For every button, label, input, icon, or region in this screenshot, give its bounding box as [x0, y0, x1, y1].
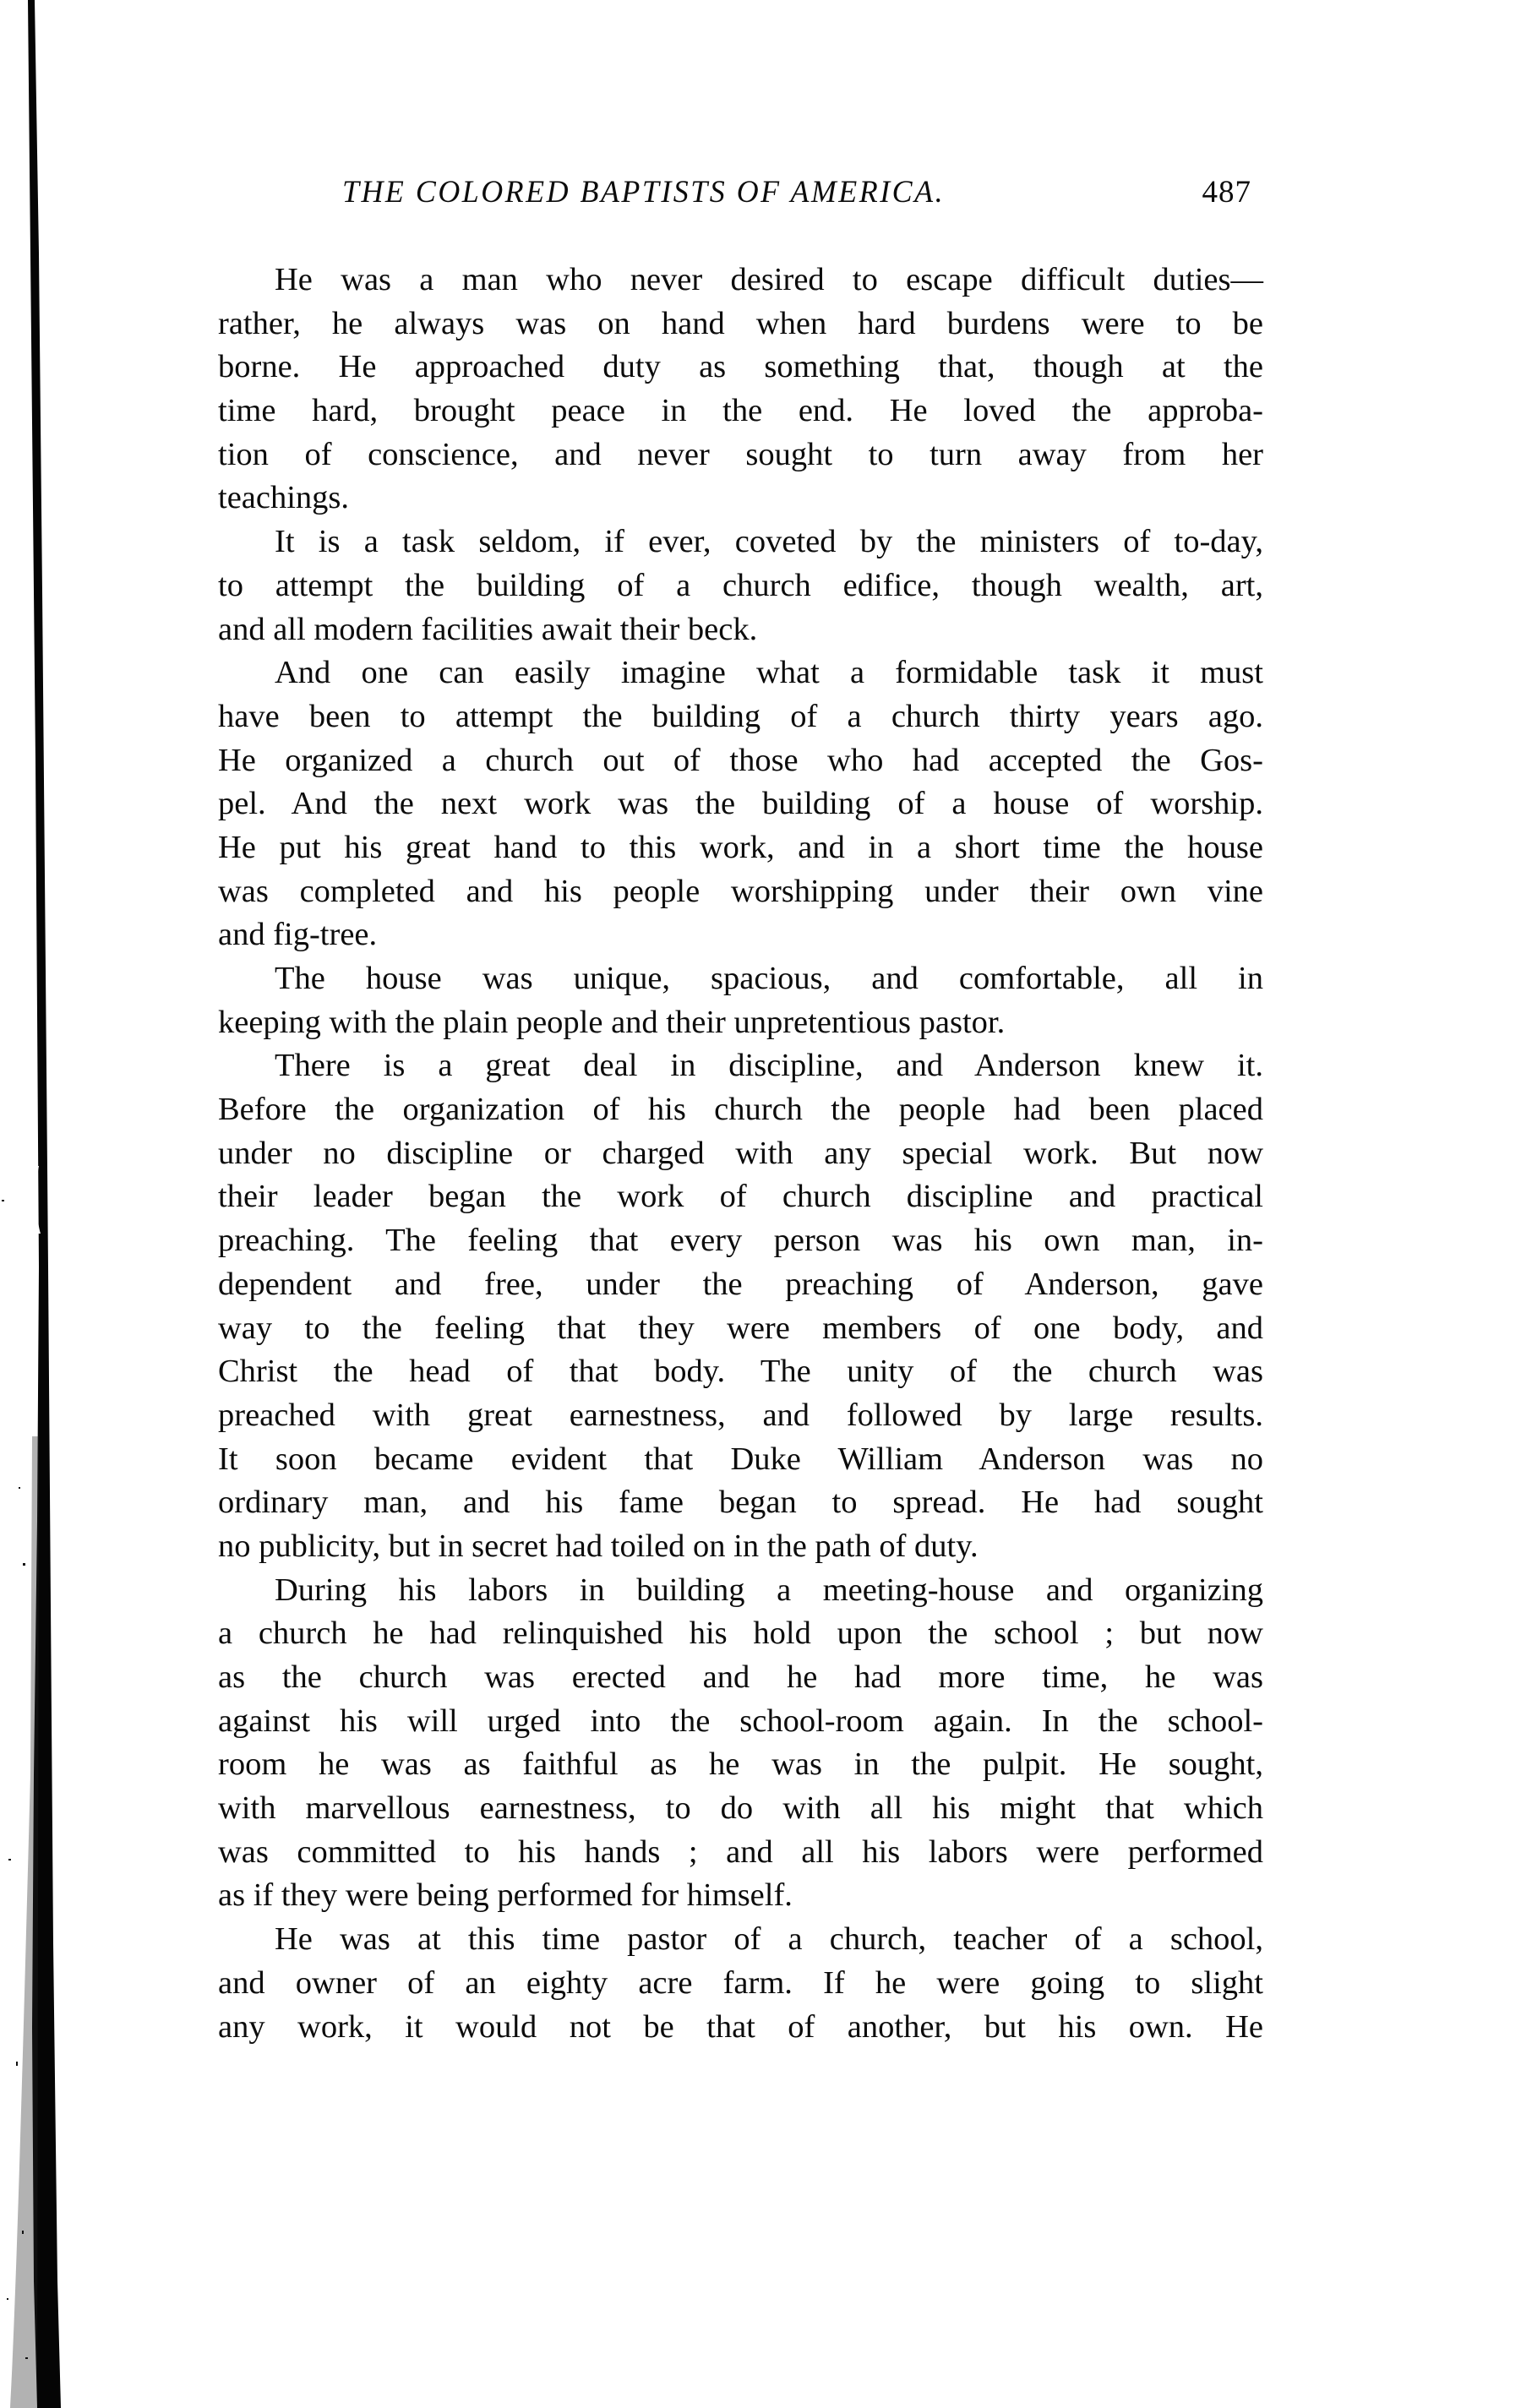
- text-line: as if they were being performed for hims…: [218, 1874, 1263, 1918]
- running-head-title: THE COLORED BAPTISTS OF AMERICA.: [342, 174, 945, 211]
- body-text: He was a man who never desired to escape…: [218, 259, 1263, 2049]
- text-line: Christ the head of that body. The unity …: [218, 1350, 1263, 1394]
- text-line: room he was as faithful as he was in the…: [218, 1743, 1263, 1787]
- text-line: against his will urged into the school-r…: [218, 1700, 1263, 1744]
- text-line: their leader began the work of church di…: [218, 1175, 1263, 1219]
- text-line: under no discipline or charged with any …: [218, 1132, 1263, 1176]
- text-line: any work, it would not be that of anothe…: [218, 2006, 1263, 2050]
- text-line: with marvellous earnestness, to do with …: [218, 1787, 1263, 1831]
- text-line: and owner of an eighty acre farm. If he …: [218, 1962, 1263, 2006]
- text-line: It soon became evident that Duke William…: [218, 1438, 1263, 1482]
- text-line: to attempt the building of a church edif…: [218, 564, 1263, 608]
- text-line: have been to attempt the building of a c…: [218, 695, 1263, 739]
- book-page: THE COLORED BAPTISTS OF AMERICA. 487 He …: [0, 0, 1521, 2408]
- paragraph-first-line: There is a great deal in discipline, and…: [218, 1044, 1263, 1088]
- paragraph-first-line: He was at this time pastor of a church, …: [218, 1918, 1263, 1962]
- text-line: and fig-tree.: [218, 913, 1263, 957]
- text-line: teachings.: [218, 477, 1263, 520]
- paragraph-first-line: The house was unique, spacious, and comf…: [218, 957, 1263, 1001]
- text-line: keeping with the plain people and their …: [218, 1001, 1263, 1045]
- text-line: preached with great earnestness, and fol…: [218, 1394, 1263, 1438]
- text-line: rather, he always was on hand when hard …: [218, 302, 1263, 346]
- text-line: tion of conscience, and never sought to …: [218, 433, 1263, 477]
- text-line: Before the organization of his church th…: [218, 1088, 1263, 1132]
- book-spine-gutter-edge: [0, 0, 101, 2408]
- text-line: no publicity, but in secret had toiled o…: [218, 1525, 1263, 1569]
- text-line: and all modern facilities await their be…: [218, 608, 1263, 652]
- text-line: a church he had relinquished his hold up…: [218, 1612, 1263, 1656]
- paragraph-first-line: He was a man who never desired to escape…: [218, 259, 1263, 302]
- text-line: dependent and free, under the preaching …: [218, 1263, 1263, 1307]
- page-number: 487: [1202, 174, 1252, 211]
- text-line: He put his great hand to this work, and …: [218, 826, 1263, 870]
- text-line: borne. He approached duty as something t…: [218, 346, 1263, 390]
- text-line: preaching. The feeling that every person…: [218, 1219, 1263, 1263]
- text-line: He organized a church out of those who h…: [218, 739, 1263, 783]
- paragraph-first-line: During his labors in building a meeting-…: [218, 1569, 1263, 1613]
- text-line: time hard, brought peace in the end. He …: [218, 390, 1263, 433]
- text-line: ordinary man, and his fame began to spre…: [218, 1481, 1263, 1525]
- text-line: as the church was erected and he had mor…: [218, 1656, 1263, 1700]
- text-line: was committed to his hands ; and all his…: [218, 1831, 1263, 1875]
- text-line: pel. And the next work was the building …: [218, 782, 1263, 826]
- text-line: way to the feeling that they were member…: [218, 1307, 1263, 1351]
- text-line: was completed and his people worshipping…: [218, 870, 1263, 914]
- paragraph-first-line: And one can easily imagine what a formid…: [218, 651, 1263, 695]
- paragraph-first-line: It is a task seldom, if ever, coveted by…: [218, 520, 1263, 564]
- running-head: THE COLORED BAPTISTS OF AMERICA. 487: [342, 174, 1263, 211]
